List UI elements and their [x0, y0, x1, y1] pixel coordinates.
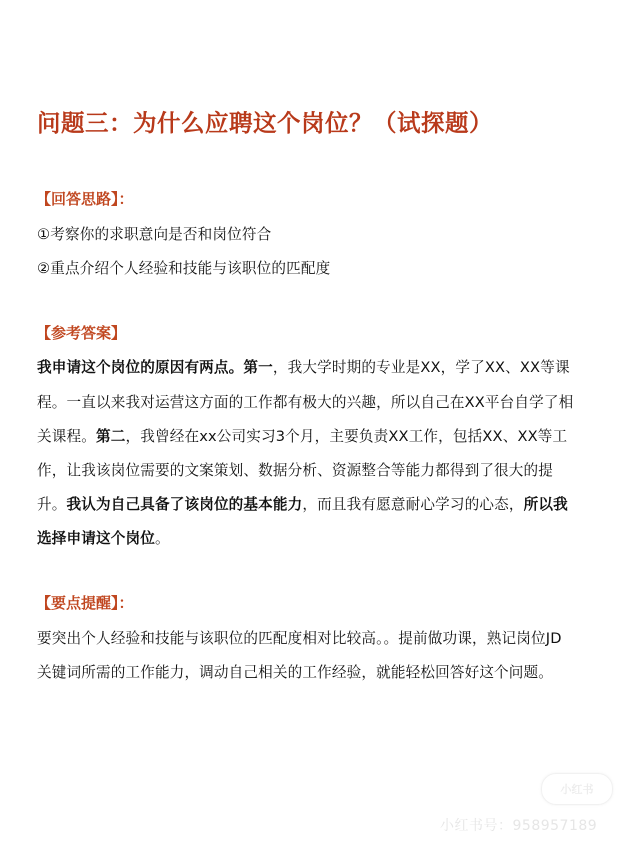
- answer-bold-text: 所以我: [524, 496, 568, 513]
- tips-header: 【要点提醒】：: [36, 592, 134, 613]
- answer-line-6: 选择申请这个岗位。: [37, 527, 170, 548]
- page-title: 问题三：为什么应聘这个岗位？（试探题）: [37, 104, 493, 138]
- answer-text: ，我大学时期的专业是XX，学了XX、XX等课: [273, 359, 570, 376]
- answer-line-5: 升。我认为自己具备了该岗位的基本能力，而且我有愿意耐心学习的心态，所以我: [37, 493, 568, 514]
- answer-line-3: 关课程。第二，我曾经在xx公司实习3个月，主要负责XX工作，包括XX、XX等工: [37, 425, 567, 446]
- answer-text: ，我曾经在xx公司实习3个月，主要负责XX工作，包括XX、XX等工: [125, 428, 567, 445]
- watermark-logo: 小红书: [541, 773, 613, 805]
- answer-text: 升。: [37, 496, 67, 513]
- answer-bold-text: 我申请这个岗位的原因有两点。第一: [37, 359, 273, 376]
- approach-item-2: ②重点介绍个人经验和技能与该职位的匹配度: [37, 257, 330, 278]
- tips-line-2: 关键词所需的工作能力，调动自己相关的工作经验，就能轻松回答好这个问题。: [37, 661, 553, 682]
- answer-text: 程。一直以来我对运营这方面的工作都有极大的兴趣，所以自己在XX平台自学了相: [37, 394, 573, 411]
- answer-header: 【参考答案】: [36, 322, 126, 343]
- approach-item-1: ①考察你的求职意向是否和岗位符合: [37, 223, 271, 244]
- answer-bold-text: 选择申请这个岗位: [37, 530, 155, 547]
- answer-line-2: 程。一直以来我对运营这方面的工作都有极大的兴趣，所以自己在XX平台自学了相: [37, 391, 573, 412]
- watermark-text: 小红书号：958957189: [440, 815, 597, 835]
- approach-header: 【回答思路】：: [36, 188, 134, 209]
- answer-text: 关课程。: [37, 428, 96, 445]
- answer-line-4: 作，让我该岗位需要的文案策划、数据分析、资源整合等能力都得到了很大的提: [37, 459, 553, 480]
- answer-bold-text: 第二: [96, 428, 126, 445]
- tips-line-1: 要突出个人经验和技能与该职位的匹配度相对比较高。。提前做功课，熟记岗位JD: [37, 627, 562, 648]
- answer-text: ，而且我有愿意耐心学习的心态，: [302, 496, 523, 513]
- answer-bold-text: 我认为自己具备了该岗位的基本能力: [67, 496, 303, 513]
- answer-line-1: 我申请这个岗位的原因有两点。第一，我大学时期的专业是XX，学了XX、XX等课: [37, 356, 570, 377]
- answer-text: 。: [155, 530, 170, 547]
- answer-text: 作，让我该岗位需要的文案策划、数据分析、资源整合等能力都得到了很大的提: [37, 462, 553, 479]
